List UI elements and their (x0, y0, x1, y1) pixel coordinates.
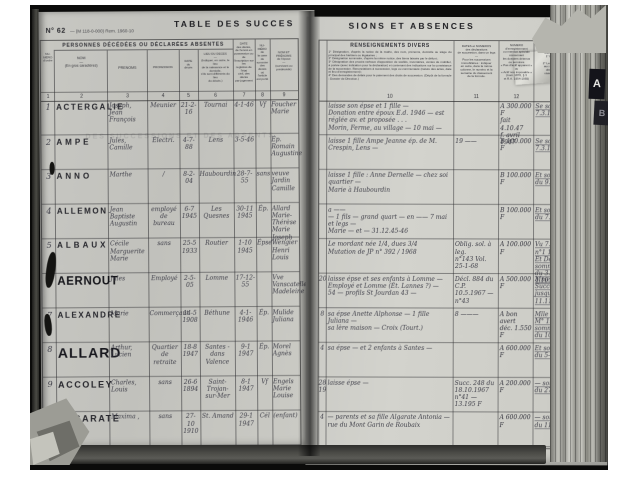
col-header-dates-numeros: DATES et NUMÉROS des déclarations de suc… (455, 45, 497, 112)
left-page: N° 62 — (M 118-0-000) Rem. 1960-10 TABLE… (38, 10, 317, 452)
table-row: 3 ANNO Marthe / 8-2-04 Haubourdin 28-7-5… (42, 168, 299, 204)
col-number: 7 (234, 92, 254, 98)
col-number: 1 (42, 94, 54, 100)
page-title-left: TABLE DES SUCCES (174, 18, 295, 29)
scan-artifact (50, 162, 55, 175)
form-number-label: N° 62 (46, 28, 66, 35)
damaged-corner (30, 391, 96, 465)
table-body-right: laisse son épse et 1 fille — Donation en… (318, 101, 586, 448)
scan-area: N° 62 — (M 118-0-000) Rem. 1960-10 TABLE… (30, 5, 608, 470)
table-row: laisse 1 fille : Anne Dernelle — chez so… (319, 170, 586, 205)
surname-cell: ALLARD (58, 345, 109, 361)
surname-cell: ACTERGALIE (56, 102, 107, 111)
col-header-epoux: NOM ET PRÉNOMS de l'époux — (survivant o… (271, 51, 297, 91)
table-row: 8 ALLARD Arthur, Lucien Quartier de retr… (43, 341, 300, 377)
table-row: 6 AERNOUT Jules Employé 2-5-05 Lomme 17-… (42, 272, 299, 308)
table-row: 5 ALBAUX Cécile Marguerite Marie sans 25… (42, 238, 299, 274)
table-row: 20 laisse épse et ses enfants à Lomme — … (319, 274, 586, 309)
table-row: 4 ALLEMON Jean Baptiste Augustin employé… (42, 203, 299, 239)
col-number: 10 (328, 94, 451, 100)
col-header-renseignements: 1° Désignation, d'après la notice de la … (328, 51, 451, 112)
col-header-numero: NU- MÉRO d'ordre (42, 53, 54, 73)
col-number: 6 (199, 93, 232, 99)
col-header-numero-enregistrement: NUMÉRO d'enregistrement ou mention spéci… (500, 44, 532, 118)
successions-table-right: RENSEIGNEMENTS DIVERS 1° Désignation, d'… (317, 40, 587, 450)
book-bottom-edge (34, 445, 546, 464)
form-number-ref: — (M 118-0-000) Rem. 1960-10 (70, 28, 134, 33)
col-number: 2 (56, 93, 107, 99)
surname-cell: ANNO (57, 172, 108, 181)
col-number: 12 (500, 94, 532, 100)
table-row: 4 — parents et sa fille Algarate Antonia… (318, 412, 585, 447)
col-number: 3 (109, 93, 146, 99)
surname-cell: ALLEMON (57, 206, 108, 215)
surname-cell: ACCOLEY (58, 379, 109, 389)
table-row: Le mordant née 1/4, dues 3/4 Mutation de… (319, 239, 586, 274)
surname-cell: ALEXANDRE (58, 310, 109, 319)
table-row: 2 AMPE Jules, Camille Électri. 4-7-88 Le… (41, 134, 298, 170)
col-number: 9 (271, 92, 297, 98)
col-number: 11 (455, 94, 497, 100)
col-header-date-declaration: DATE des décès, de l'envoi en possession… (234, 42, 255, 123)
table-row: 28 19 laisse épse — Succ. 248 du 18.10.1… (319, 377, 586, 412)
surname-cell: AERNOUT (57, 275, 108, 287)
surname-cell: ALBAUX (57, 241, 108, 250)
col-number: 5 (180, 93, 197, 99)
col-header-renseignements-title: RENSEIGNEMENTS DIVERS (329, 43, 452, 49)
table-row: 4 sa épse — et 2 enfants à Santes — A 60… (319, 343, 586, 378)
page-title-right: SIONS ET ABSENCES (349, 21, 475, 31)
successions-table-left: PERSONNES DÉCÉDÉES OU DÉCLARÉES ABSENTES… (40, 38, 302, 449)
col-header-sommier: NU-MÉRO de la case du sommier des décès … (256, 44, 270, 118)
screenshot-root: { "scan": { "imprint_no": "N° 62", "impr… (0, 0, 625, 480)
table-row: a —— — 1 fils — grand quart — en —— 7 ma… (319, 204, 586, 239)
col-header-profession: PROFESSION (148, 66, 178, 73)
group-header: PERSONNES DÉCÉDÉES OU DÉCLARÉES ABSENTES (54, 40, 233, 51)
col-number: 8 (256, 92, 269, 98)
table-row: 7 ALEXANDRE Marie Commerçant 14-5 1908 B… (43, 307, 300, 343)
col-header-nom: NOM — (En gros caractères) (56, 56, 107, 77)
index-tab-b: B (593, 101, 608, 126)
col-header-date-deces: DATE du décès (180, 60, 197, 80)
surname-cell: AMPE (56, 137, 107, 146)
table-header-left: PERSONNES DÉCÉDÉES OU DÉCLARÉES ABSENTES… (41, 39, 298, 102)
index-tab-a: A (588, 69, 605, 100)
table-row: laisse 1 fille Ampe Jeanne ép. de M. Cre… (319, 135, 586, 170)
form-number: N° 62 — (M 118-0-000) Rem. 1960-10 (46, 19, 134, 38)
col-number: 4 (148, 93, 178, 99)
table-row: 8 sa épse Anette Alphonse — 1 fille Juli… (319, 308, 586, 343)
col-header-lieu-deces: LIEU DU DÉCÈS — (Indiquer, en outre, le … (199, 53, 232, 114)
col-header-prenoms: PRÉNOMS (109, 66, 146, 73)
